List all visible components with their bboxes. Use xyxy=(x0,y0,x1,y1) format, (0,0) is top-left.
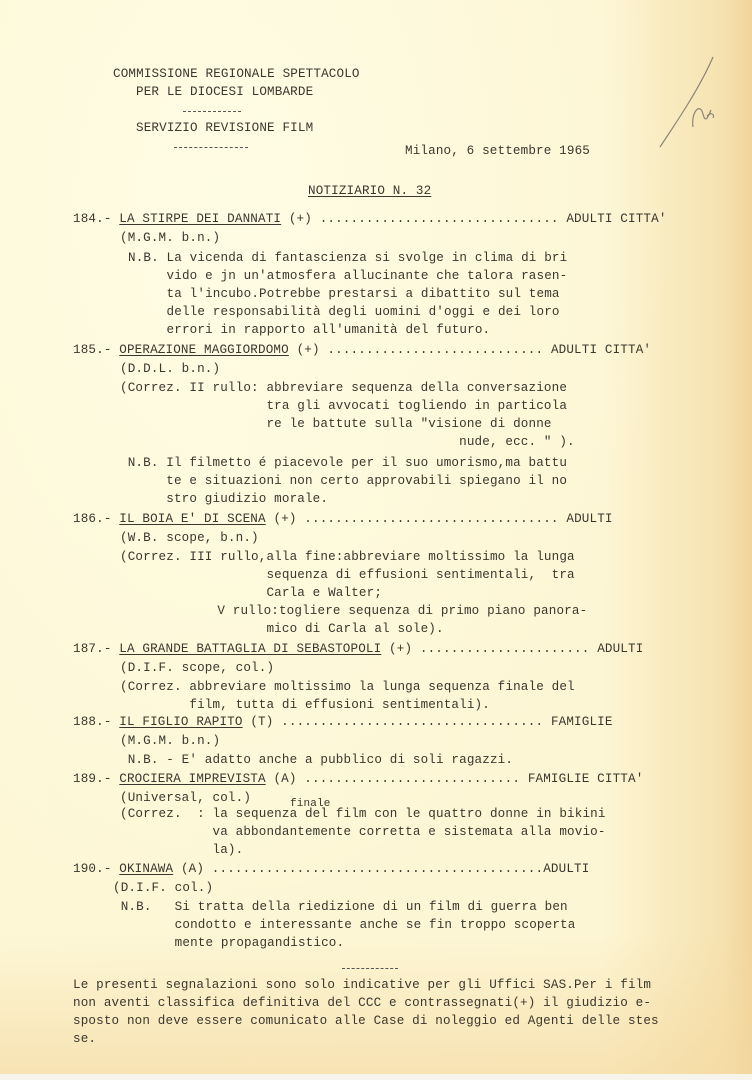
film-title: IL BOIA E' DI SCENA xyxy=(119,512,265,526)
note-line: (Correz. II rullo: abbreviare sequenza d… xyxy=(120,380,567,396)
note-line: tra gli avvocati togliendo in particola xyxy=(120,398,567,414)
note-line: mico di Carla al sole). xyxy=(120,621,444,637)
service-name: SERVIZIO REVISIONE FILM xyxy=(136,120,313,136)
film-title: LA GRANDE BATTAGLIA DI SEBASTOPOLI xyxy=(119,642,381,656)
note-line: N.B. La vicenda di fantascienza si svolg… xyxy=(128,250,567,266)
rating: ADULTI xyxy=(543,862,589,876)
note-line: stro giudizio morale. xyxy=(120,491,328,507)
org-line-2: PER LE DIOCESI LOMBARDE xyxy=(136,84,313,100)
film-title: OKINAWA xyxy=(119,862,173,876)
note-line: delle responsabilità degli uomini d'oggi… xyxy=(128,304,560,320)
entry-190: 190.- OKINAWA (A) ......................… xyxy=(73,861,589,877)
film-title: OPERAZIONE MAGGIORDOMO xyxy=(119,343,289,357)
rating: ADULTI xyxy=(597,642,643,656)
org-line-1: COMMISSIONE REGIONALE SPETTACOLO xyxy=(113,66,360,82)
entry-186: 186.- IL BOIA E' DI SCENA (+) ..........… xyxy=(73,511,613,527)
page-edge xyxy=(0,1074,752,1080)
note-line: N.B. Si tratta della riedizione di un fi… xyxy=(113,899,568,915)
footer-line: sposto non deve essere comunicato alle C… xyxy=(73,1013,659,1029)
header-divider-2 xyxy=(174,147,248,148)
note-line: ta l'incubo.Potrebbe prestarsi a dibatti… xyxy=(128,286,560,302)
place-date: Milano, 6 settembre 1965 xyxy=(405,143,590,159)
film-title: LA STIRPE DEI DANNATI xyxy=(119,212,281,226)
note-line: mente propagandistico. xyxy=(113,935,344,951)
entry-185: 185.- OPERAZIONE MAGGIORDOMO (+) .......… xyxy=(73,342,651,358)
entry-184: 184.- LA STIRPE DEI DANNATI (+) ........… xyxy=(73,211,667,227)
note-line: va abbondantemente corretta e sistemata … xyxy=(120,824,606,840)
bulletin-title: NOTIZIARIO N. 32 xyxy=(308,183,431,199)
entry-187: 187.- LA GRANDE BATTAGLIA DI SEBASTOPOLI… xyxy=(73,641,643,657)
distributor: (W.B. scope, b.n.) xyxy=(120,530,259,546)
distributor: (D.I.F. scope, col.) xyxy=(120,660,274,676)
rating: ADULTI xyxy=(566,512,612,526)
note-line: V rullo:togliere sequenza di primo piano… xyxy=(94,603,587,619)
distributor: (M.G.M. b.n.) xyxy=(120,733,220,749)
note-line: film, tutta di effusioni sentimentali). xyxy=(120,697,490,713)
distributor: (Universal, col.) xyxy=(120,790,251,806)
rating: ADULTI CITTA' xyxy=(566,212,666,226)
handwritten-signature-icon xyxy=(655,52,735,152)
footer-divider xyxy=(342,968,398,969)
note-line: (Correz. : la sequenza del film con le q… xyxy=(120,806,606,822)
note-line: Carla e Walter; xyxy=(120,585,382,601)
footer-line: se. xyxy=(73,1031,96,1047)
note-line: sequenza di effusioni sentimentali, tra xyxy=(120,567,575,583)
note-line: N.B. - E' adatto anche a pubblico di sol… xyxy=(120,752,513,768)
note-line: N.B. Il filmetto é piacevole per il suo … xyxy=(120,455,567,471)
film-title: IL FIGLIO RAPITO xyxy=(119,715,242,729)
entry-189: 189.- CROCIERA IMPREVISTA (A) ..........… xyxy=(73,771,643,787)
note-line: (Correz. III rullo,alla fine:abbreviare … xyxy=(120,549,575,565)
rating: FAMIGLIE CITTA' xyxy=(528,772,644,786)
note-line: te e situazioni non certo approvabili sp… xyxy=(120,473,567,489)
rating: ADULTI CITTA' xyxy=(551,343,651,357)
footer-line: Le presenti segnalazioni sono solo indic… xyxy=(73,977,651,993)
note-line: re le battute sulla "visione di donne xyxy=(120,416,552,432)
note-line: condotto e interessante anche se fin tro… xyxy=(113,917,575,933)
distributor: (M.G.M. b.n.) xyxy=(120,230,220,246)
distributor: (D.D.L. b.n.) xyxy=(120,361,220,377)
footer-line: non aventi classifica definitiva del CCC… xyxy=(73,995,651,1011)
entry-188: 188.- IL FIGLIO RAPITO (T) .............… xyxy=(73,714,613,730)
note-line: la). xyxy=(120,842,243,858)
header-divider-1 xyxy=(183,111,241,112)
distributor: (D.I.F. col.) xyxy=(113,880,213,896)
film-title: CROCIERA IMPREVISTA xyxy=(119,772,265,786)
note-line: (Correz. abbreviare moltissimo la lunga … xyxy=(120,679,575,695)
note-line: nude, ecc. " ). xyxy=(120,434,575,450)
rating: FAMIGLIE xyxy=(551,715,613,729)
note-line: vido e jn un'atmosfera allucinante che t… xyxy=(128,268,567,284)
note-line: errori in rapporto all'umanità del futur… xyxy=(128,322,490,338)
